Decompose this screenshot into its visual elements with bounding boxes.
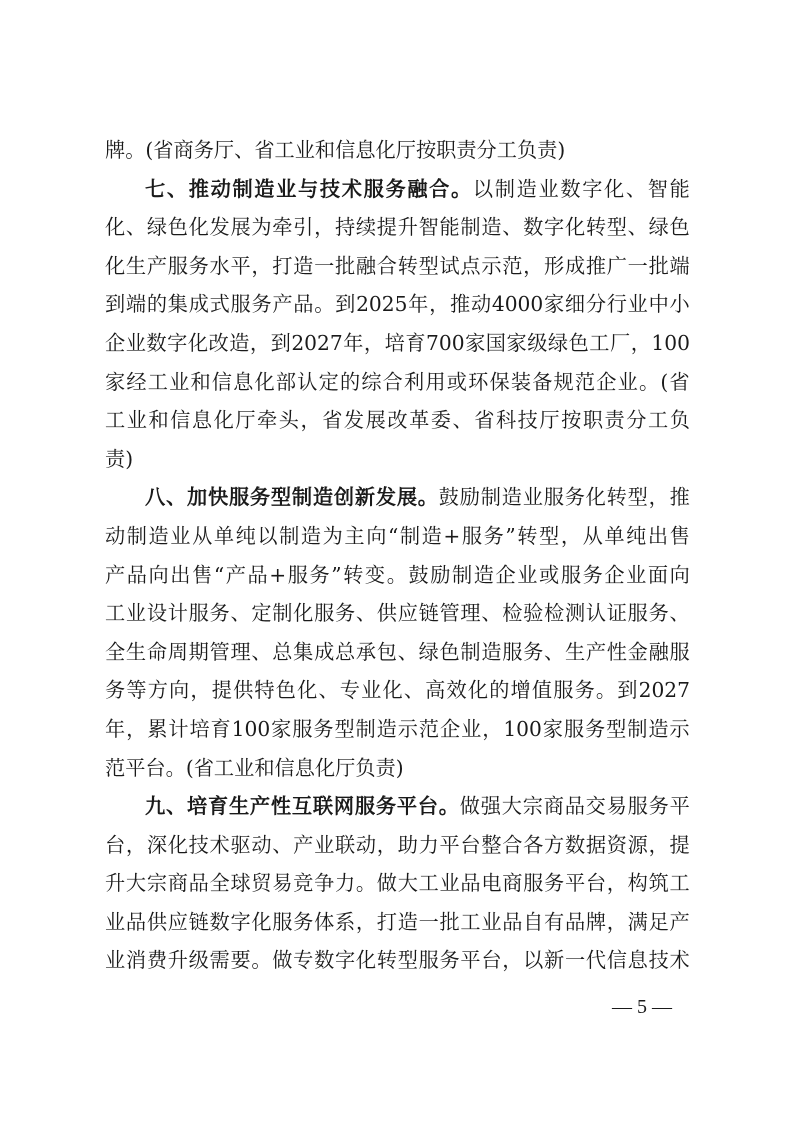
text-char: 服 — [564, 710, 584, 749]
text-char: 术 — [669, 941, 689, 980]
text-char: 产 — [586, 633, 606, 672]
text-char: 化 — [315, 749, 335, 788]
text-char: 负 — [355, 749, 375, 788]
text-char: 台 — [105, 826, 125, 865]
text-char: 全 — [210, 864, 230, 903]
text-char: 务 — [544, 864, 564, 903]
text-char: 、 — [626, 170, 646, 209]
text-char: ， — [523, 247, 543, 286]
text-char: 检 — [544, 594, 564, 633]
text-char: 计 — [168, 710, 188, 749]
text-char: 制 — [127, 517, 147, 556]
text-char: 业 — [626, 556, 646, 595]
text-char: 化 — [382, 671, 402, 710]
text-char: 做 — [460, 787, 480, 826]
text-char: 牌 — [586, 903, 606, 942]
text-char: 制 — [481, 478, 501, 517]
text-char: 责 — [605, 401, 625, 440]
text-char: 服 — [523, 864, 543, 903]
text-char: 力 — [335, 864, 355, 903]
text-char: 业 — [169, 363, 189, 402]
text-char: 品 — [565, 787, 585, 826]
text-char: 委 — [431, 401, 451, 440]
text-char: 足 — [649, 903, 669, 942]
text-char: 信 — [275, 749, 295, 788]
text-char: 造 — [481, 208, 501, 247]
text-char: 工 — [460, 903, 480, 942]
text-char: 年 — [343, 324, 363, 363]
text-char: 范 — [502, 247, 522, 286]
text-char: 设 — [147, 594, 167, 633]
text-char: 易 — [272, 864, 292, 903]
text-char: 性 — [607, 633, 627, 672]
text-char: 造 — [149, 517, 169, 556]
text-char: 或 — [539, 556, 559, 595]
heading-char: 、 — [167, 170, 187, 209]
text-char: 省 — [474, 401, 494, 440]
text-char: 争 — [314, 864, 334, 903]
text-char: 服 — [314, 594, 334, 633]
text-char: 励 — [430, 556, 450, 595]
text-char: 工 — [669, 864, 689, 903]
text-char: 范 — [419, 710, 439, 749]
text-char: ( — [145, 131, 153, 170]
text-char: 化 — [251, 903, 271, 942]
text-char: 需 — [210, 941, 230, 980]
text-char: 产 — [293, 826, 313, 865]
text-char: 台 — [481, 941, 501, 980]
text-char: 平 — [460, 941, 480, 980]
text-char: 平 — [565, 864, 585, 903]
text-char: 务 — [585, 710, 605, 749]
text-char: 按 — [561, 401, 581, 440]
text-char: 大 — [126, 864, 146, 903]
text-char: 、 — [126, 208, 146, 247]
text-char: 以 — [523, 941, 543, 980]
text-char: 行 — [607, 285, 627, 324]
text-char: 务 — [583, 556, 603, 595]
text-char: 供 — [377, 594, 397, 633]
text-char: 按 — [416, 131, 436, 170]
text-char: 广 — [607, 247, 627, 286]
heading-char: 。 — [439, 787, 459, 826]
text-char: 革 — [409, 401, 429, 440]
text-char: 数 — [314, 941, 334, 980]
text-char: 批 — [649, 247, 669, 286]
text-char: 品 — [502, 903, 522, 942]
text-char: 、 — [398, 633, 418, 672]
text-char: ( — [660, 363, 668, 402]
text-char: 务 — [565, 478, 585, 517]
text-char: 企 — [105, 324, 125, 363]
text-char: 的 — [147, 285, 167, 324]
text-char: 制 — [460, 633, 480, 672]
text-char: 要 — [230, 941, 250, 980]
text-char: 提 — [377, 208, 397, 247]
text-char: 商 — [168, 864, 188, 903]
heading-char: 联 — [313, 787, 333, 826]
text-char: 出 — [648, 517, 668, 556]
heading-char: 、 — [166, 787, 186, 826]
text-char: 业 — [126, 324, 146, 363]
text-char: 。 — [314, 285, 334, 324]
text-char: 筑 — [649, 864, 669, 903]
text-char: 育 — [405, 324, 425, 363]
text-char: 化 — [586, 478, 606, 517]
heading-char: 九 — [145, 787, 165, 826]
text-char: 环 — [468, 363, 488, 402]
text-char: 定 — [251, 594, 271, 633]
text-char: 业 — [105, 941, 125, 980]
text-char: 型 — [334, 710, 354, 749]
text-char: 字 — [582, 170, 602, 209]
text-char: 从 — [583, 517, 603, 556]
text-char: 、 — [544, 633, 564, 672]
text-char: 信 — [170, 401, 190, 440]
text-line: 家经工业和信息化部认定的综合利用或环保装备规范企业。(省 — [105, 363, 690, 402]
text-char: 100 — [651, 324, 690, 363]
text-char: 服 — [168, 247, 188, 286]
text-char: 业 — [314, 826, 334, 865]
text-char: ) — [125, 440, 133, 479]
heading-char: 加 — [187, 478, 207, 517]
text-char: ” — [331, 556, 341, 595]
text-char: 试 — [440, 247, 460, 286]
text-char: 证 — [607, 594, 627, 633]
text-char: 造 — [293, 247, 313, 286]
text-char: 方 — [544, 826, 564, 865]
text-char: 业 — [234, 749, 254, 788]
text-char: 装 — [511, 363, 531, 402]
heading-char: 与 — [298, 170, 318, 209]
text-char: 服 — [669, 633, 689, 672]
text-char: 、 — [502, 208, 522, 247]
text-char: 服 — [502, 633, 522, 672]
text-char: 台 — [460, 826, 480, 865]
text-char: 家 — [543, 710, 563, 749]
text-char: 电 — [481, 864, 501, 903]
text-char: 构 — [628, 864, 648, 903]
text-char: 造 — [481, 633, 501, 672]
text-char: 提 — [212, 671, 232, 710]
text-char: 务 — [649, 594, 669, 633]
text-char: 工 — [497, 131, 517, 170]
text-char: 变 — [365, 556, 385, 595]
text-char: 。 — [251, 941, 271, 980]
text-char: 2027 — [639, 671, 690, 710]
text-line: 全生命周期管理、总集成总承包、绿色制造服务、生产性金融服 — [105, 633, 690, 672]
text-char: 等 — [126, 671, 146, 710]
text-char: 型 — [539, 517, 559, 556]
text-char: 分 — [586, 285, 606, 324]
text-char: 升 — [168, 941, 188, 980]
text-char: 2027 — [291, 324, 342, 363]
text-char: 鼓 — [439, 478, 459, 517]
text-char: 职 — [583, 401, 603, 440]
text-char: ， — [607, 903, 627, 942]
text-char: 供 — [147, 903, 167, 942]
text-char: 成 — [314, 633, 334, 672]
text-char: 绿 — [649, 208, 669, 247]
text-char: ， — [482, 710, 502, 749]
text-char: 化 — [105, 208, 125, 247]
text-char: 绿 — [147, 208, 167, 247]
text-char: 制 — [272, 594, 292, 633]
heading-char: 七 — [145, 170, 165, 209]
heading-char: 。 — [418, 478, 438, 517]
text-char: 品 — [293, 285, 313, 324]
text-char: 交 — [586, 787, 606, 826]
text-char: 字 — [230, 903, 250, 942]
text-char: 工 — [275, 131, 295, 170]
text-char: 测 — [565, 594, 585, 633]
text-char: 融 — [649, 633, 669, 672]
text-char: 生 — [126, 633, 146, 672]
text-char: 平 — [230, 247, 250, 286]
text-char: 牌 — [105, 131, 125, 170]
text-char: 台 — [145, 749, 165, 788]
text-char: 改 — [387, 401, 407, 440]
text-char: 推 — [670, 478, 690, 517]
text-char: 深 — [147, 826, 167, 865]
text-char: 牵 — [257, 401, 277, 440]
text-char: 式 — [210, 285, 230, 324]
text-char: 为 — [323, 517, 343, 556]
text-char: ” — [505, 517, 515, 556]
text-line: 业品供应链数字化服务体系，打造一批工业品自有品牌，满足产 — [105, 903, 690, 942]
text-char: 定 — [319, 363, 339, 402]
text-char: 累 — [147, 710, 167, 749]
text-char: 商 — [174, 131, 194, 170]
text-char: 化 — [255, 363, 275, 402]
text-char: 品 — [247, 556, 267, 595]
text-char: 链 — [189, 903, 209, 942]
text-char: 用 — [425, 363, 445, 402]
text-char: 特 — [254, 671, 274, 710]
text-char: 有 — [544, 903, 564, 942]
text-char: 品 — [126, 903, 146, 942]
heading-char: 服 — [355, 787, 375, 826]
text-char: 周 — [168, 633, 188, 672]
text-char: 业 — [481, 903, 501, 942]
text-char: 值 — [532, 671, 552, 710]
text-char: 融 — [356, 247, 376, 286]
text-char: 展 — [230, 208, 250, 247]
text-char: 示 — [481, 247, 501, 286]
text-char: 形 — [544, 247, 564, 286]
text-char: 企 — [496, 556, 516, 595]
text-char: 制 — [627, 710, 647, 749]
text-char: 专 — [340, 671, 360, 710]
text-char: 责 — [537, 131, 557, 170]
text-char: 数 — [560, 170, 580, 209]
text-char: 化 — [356, 941, 376, 980]
text-char: 一 — [314, 247, 334, 286]
text-char: 息 — [192, 401, 212, 440]
text-char: ， — [377, 826, 397, 865]
text-char: 部 — [276, 363, 296, 402]
text-char: 造 — [377, 710, 397, 749]
text-char: 2025 — [356, 285, 407, 324]
text-char: 绿 — [548, 324, 568, 363]
text-char: ， — [649, 478, 669, 517]
text-char: 推 — [450, 285, 470, 324]
text-char: 验 — [523, 594, 543, 633]
heading-char: 务 — [250, 478, 270, 517]
text-char: 整 — [481, 826, 501, 865]
text-char: 水 — [210, 247, 230, 286]
text-line: 工业和信息化厅牵头，省发展改革委、省科技厅按职责分工负 — [105, 401, 690, 440]
text-char: 力 — [419, 826, 439, 865]
text-char: 4000 — [492, 285, 543, 324]
text-char: 业 — [295, 131, 315, 170]
text-char: 造 — [301, 517, 321, 556]
text-char: 、 — [404, 671, 424, 710]
text-char: 驱 — [230, 826, 250, 865]
text-char: 保 — [489, 363, 509, 402]
text-char: “ — [388, 517, 398, 556]
text-char: 、 — [272, 826, 292, 865]
text-char: ， — [649, 826, 669, 865]
text-char: 化 — [168, 826, 188, 865]
text-char: 造 — [422, 517, 442, 556]
text-char: 工 — [589, 324, 609, 363]
text-char: 各 — [523, 826, 543, 865]
text-char: 务 — [194, 131, 214, 170]
text-char: 化 — [604, 170, 624, 209]
text-char: 商 — [502, 864, 522, 903]
text-char: 助 — [398, 826, 418, 865]
text-line: 台，深化技术驱动、产业联动，助力平台整合各方数据资源，提 — [105, 826, 690, 865]
text-char: 、 — [230, 594, 250, 633]
text-char: 向 — [366, 517, 386, 556]
text-char: 应 — [168, 903, 188, 942]
text-char: 做 — [272, 941, 292, 980]
text-char: 向 — [169, 671, 189, 710]
text-char: 和 — [148, 401, 168, 440]
heading-char: 合 — [429, 170, 449, 209]
text-char: ， — [364, 324, 384, 363]
text-char: 据 — [586, 826, 606, 865]
text-char: 绿 — [419, 633, 439, 672]
text-char: 化 — [468, 671, 488, 710]
text-char: 息 — [628, 941, 648, 980]
text-char: 务 — [649, 787, 669, 826]
text-char: 培 — [385, 324, 405, 363]
text-char: 型 — [419, 247, 439, 286]
heading-char: 服 — [364, 170, 384, 209]
text-char: 转 — [586, 208, 606, 247]
body-text: 牌。(省商务厅、省工业和信息化厅按职责分工负责)七、推动制造业与技术服务融合。以… — [105, 131, 690, 980]
text-line: 务等方向，提供特色化、专业化、高效化的增值服务。到2027 — [105, 671, 690, 710]
text-char: 大 — [398, 864, 418, 903]
text-char: 息 — [233, 363, 253, 402]
text-char: 认 — [586, 594, 606, 633]
text-char: “ — [214, 556, 224, 595]
text-char: 总 — [335, 633, 355, 672]
text-char: 批 — [440, 903, 460, 942]
text-char: 字 — [335, 941, 355, 980]
text-char: ， — [251, 247, 271, 286]
text-char: 应 — [398, 594, 418, 633]
text-char: 业 — [361, 671, 381, 710]
text-char: 品 — [460, 864, 480, 903]
text-char: 宗 — [523, 787, 543, 826]
heading-char: 推 — [189, 170, 209, 209]
text-char: 服 — [292, 710, 312, 749]
text-char: 到 — [105, 285, 125, 324]
text-char: 费 — [147, 941, 167, 980]
text-char: 联 — [335, 826, 355, 865]
text-char: 智 — [648, 170, 668, 209]
text-char: 管 — [210, 633, 230, 672]
text-char: ， — [356, 903, 376, 942]
text-char: 。 — [125, 131, 145, 170]
heading-char: 八 — [145, 478, 165, 517]
text-char: 认 — [297, 363, 317, 402]
text-char: 化 — [297, 671, 317, 710]
text-char: 励 — [460, 478, 480, 517]
text-char: 服 — [628, 787, 648, 826]
heading-char: 发 — [376, 478, 396, 517]
text-char: 理 — [230, 633, 250, 672]
text-char: 资 — [607, 826, 627, 865]
text-char: 型 — [628, 478, 648, 517]
text-char: 合 — [383, 363, 403, 402]
text-char: 商 — [544, 787, 564, 826]
text-char: 动 — [471, 285, 491, 324]
text-char: 效 — [447, 671, 467, 710]
text-char: 服 — [628, 594, 648, 633]
text-char: ， — [502, 941, 522, 980]
heading-char: 技 — [320, 170, 340, 209]
text-char: 的 — [489, 671, 509, 710]
text-char: 技 — [189, 826, 209, 865]
text-char: 细 — [565, 285, 585, 324]
text-char: 产 — [272, 285, 292, 324]
text-char: 产 — [669, 903, 689, 942]
text-char: 家 — [271, 710, 291, 749]
text-char: 推 — [586, 247, 606, 286]
text-char: 易 — [607, 787, 627, 826]
text-line: 业消费升级需要。做专数字化转型服务平台，以新一代信息技术 — [105, 941, 690, 980]
text-char: 满 — [628, 903, 648, 942]
text-char: 能 — [440, 208, 460, 247]
text-char: 造 — [398, 903, 418, 942]
text-char: 主 — [344, 517, 364, 556]
text-char: 字 — [544, 208, 564, 247]
text-char: 工 — [214, 749, 234, 788]
text-char: ， — [314, 208, 334, 247]
heading-char: 网 — [334, 787, 354, 826]
text-char: 化 — [293, 594, 313, 633]
text-char: 动 — [251, 826, 271, 865]
text-char: 服 — [272, 903, 292, 942]
text-char: ， — [607, 864, 627, 903]
text-char: 一 — [628, 247, 648, 286]
text-char: 。 — [166, 749, 186, 788]
text-char: 型 — [398, 941, 418, 980]
text-char: 科 — [496, 401, 516, 440]
text-char: 、 — [628, 208, 648, 247]
text-char: 业 — [538, 170, 558, 209]
text-char: ， — [429, 285, 449, 324]
text-char: 分 — [626, 401, 646, 440]
text-char: 务 — [335, 594, 355, 633]
text-char: ， — [126, 710, 146, 749]
text-char: 数 — [210, 903, 230, 942]
text-char: 成 — [189, 285, 209, 324]
